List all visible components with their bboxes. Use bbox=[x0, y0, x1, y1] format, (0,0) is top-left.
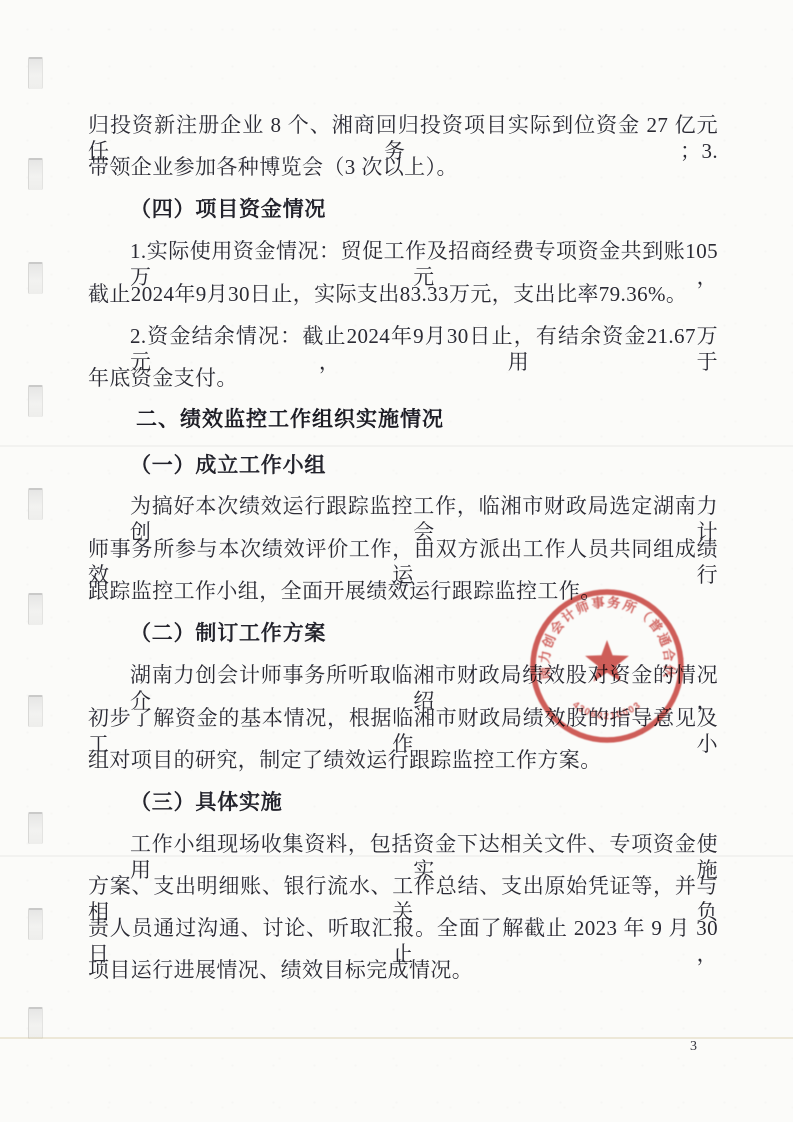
section-heading: （一）成立工作小组 bbox=[130, 452, 718, 480]
scan-streak bbox=[0, 855, 793, 857]
text-line: 截止2024年9月30日止，实际支出83.33万元，支出比率79.36%。 bbox=[88, 281, 718, 309]
section-heading: 二、绩效监控工作组织实施情况 bbox=[136, 407, 724, 435]
page-number: 3 bbox=[690, 1039, 697, 1055]
text-line: 归投资新注册企业 8 个、湘商回归投资项目实际到位资金 27 亿元任务；3. bbox=[88, 112, 718, 140]
section-heading: （三）具体实施 bbox=[130, 789, 718, 817]
document-page: 归投资新注册企业 8 个、湘商回归投资项目实际到位资金 27 亿元任务；3.带领… bbox=[0, 0, 793, 1122]
binding-hole-mark bbox=[28, 1007, 43, 1039]
text-line: 1.实际使用资金情况：贸促工作及招商经费专项资金共到账105万元， bbox=[130, 238, 718, 266]
binding-hole-mark bbox=[28, 695, 43, 727]
text-line: 为搞好本次绩效运行跟踪监控工作，临湘市财政局选定湖南力创会计 bbox=[130, 493, 718, 521]
seal-serial-number: 43060210003 bbox=[570, 699, 643, 721]
text-line: 责人员通过沟通、讨论、听取汇报。全面了解截止 2023 年 9 月 30 日止， bbox=[88, 915, 718, 943]
binding-hole-mark bbox=[28, 488, 43, 520]
binding-hole-mark bbox=[28, 593, 43, 625]
text-line: 师事务所参与本次绩效评价工作，由双方派出工作人员共同组成绩效运行 bbox=[88, 536, 718, 564]
text-line: 项目运行进展情况、绩效目标完成情况。 bbox=[88, 957, 718, 985]
scan-streak bbox=[0, 445, 793, 447]
seal-star-icon bbox=[585, 640, 629, 682]
binding-hole-mark bbox=[28, 908, 43, 940]
binding-hole-mark bbox=[28, 385, 43, 417]
binding-hole-mark bbox=[28, 158, 43, 190]
company-seal-stamp: 湖南力创会计师事务所（普通合伙） 43060210003 bbox=[527, 586, 687, 746]
text-line: 组对项目的研究，制定了绩效运行跟踪监控工作方案。 bbox=[88, 747, 718, 775]
text-line: 2.资金结余情况：截止2024年9月30日止，有结余资金21.67万元，用于 bbox=[130, 323, 718, 351]
text-line: 年底资金支付。 bbox=[88, 365, 718, 393]
section-heading: （四）项目资金情况 bbox=[130, 196, 718, 224]
text-line: 带领企业参加各种博览会（3 次以上）。 bbox=[88, 154, 718, 182]
binding-hole-mark bbox=[28, 812, 43, 844]
binding-hole-mark bbox=[28, 57, 43, 89]
text-line: 方案、支出明细账、银行流水、工作总结、支出原始凭证等，并与相关负 bbox=[88, 873, 718, 901]
binding-hole-mark bbox=[28, 262, 43, 294]
footer-rule bbox=[0, 1037, 793, 1039]
